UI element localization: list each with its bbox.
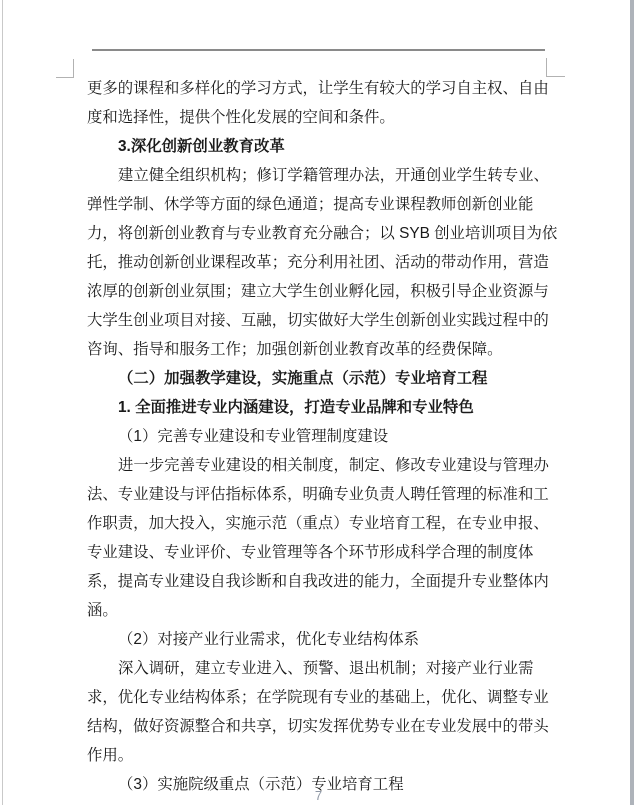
- text-line: 弹性学制、休学等方面的绿色通道；提高专业课程教师创新创业能: [87, 190, 555, 219]
- document-page: 更多的课程和多样化的学习方式，让学生有较大的学习自主权、自由 度和选择性，提供个…: [0, 0, 637, 805]
- text-line: 建立健全组织机构；修订学籍管理办法，开通创业学生转专业、: [87, 161, 555, 190]
- heading-line: 3.深化创新创业教育改革: [87, 132, 555, 161]
- text-line: 力，将创新创业教育与专业教育充分融合；以 SYB 创业培训项目为依: [87, 219, 555, 248]
- text-line: 浓厚的创新创业氛围；建立大学生创业孵化园，积极引导企业资源与: [87, 277, 555, 306]
- crop-mark-left: [73, 59, 74, 78]
- text-line: 托，推动创新创业课程改革；充分利用社团、活动的带动作用，营造: [87, 248, 555, 277]
- text-line: 作用。: [87, 741, 555, 770]
- text-line: 更多的课程和多样化的学习方式，让学生有较大的学习自主权、自由: [87, 74, 555, 103]
- top-border-line: [92, 49, 545, 51]
- heading-line: 1. 全面推进专业内涵建设，打造专业品牌和专业特色: [87, 393, 555, 422]
- text-line: 结构，做好资源整合和共享，切实发挥优势专业在专业发展中的带头: [87, 712, 555, 741]
- heading-line: （1）完善专业建设和专业管理制度建设: [87, 422, 555, 451]
- text-line: 涵。: [87, 596, 555, 625]
- text-line: 求，优化专业结构体系；在学院现有专业的基础上，优化、调整专业: [87, 683, 555, 712]
- text-line: 专业建设、专业评价、专业管理等各个环节形成科学合理的制度体: [87, 538, 555, 567]
- page-left-edge: [2, 0, 3, 805]
- text-line: 作职责，加大投入，实施示范（重点）专业培育工程，在专业申报、: [87, 509, 555, 538]
- text-line: 系，提高专业建设自我诊断和自我改进的能力，全面提升专业整体内: [87, 567, 555, 596]
- scrollbar-track[interactable]: [630, 0, 634, 805]
- heading-line: （2）对接产业行业需求，优化专业结构体系: [87, 625, 555, 654]
- text-line: 法、专业建设与评估指标体系，明确专业负责人聘任管理的标准和工: [87, 480, 555, 509]
- text-line: 度和选择性，提供个性化发展的空间和条件。: [87, 103, 555, 132]
- document-body-text: 更多的课程和多样化的学习方式，让学生有较大的学习自主权、自由 度和选择性，提供个…: [87, 74, 555, 799]
- text-line: 深入调研，建立专业进入、预警、退出机制；对接产业行业需: [87, 654, 555, 683]
- text-line: 咨询、指导和服务工作；加强创新创业教育改革的经费保障。: [87, 335, 555, 364]
- text-line: 大学生创业项目对接、互融，切实做好大学生创新创业实践过程中的: [87, 306, 555, 335]
- heading-line: （二）加强教学建设，实施重点（示范）专业培育工程: [87, 364, 555, 393]
- crop-mark-left: [56, 77, 74, 78]
- page-number: 7: [0, 788, 637, 803]
- text-line: 进一步完善专业建设的相关制度，制定、修改专业建设与管理办: [87, 451, 555, 480]
